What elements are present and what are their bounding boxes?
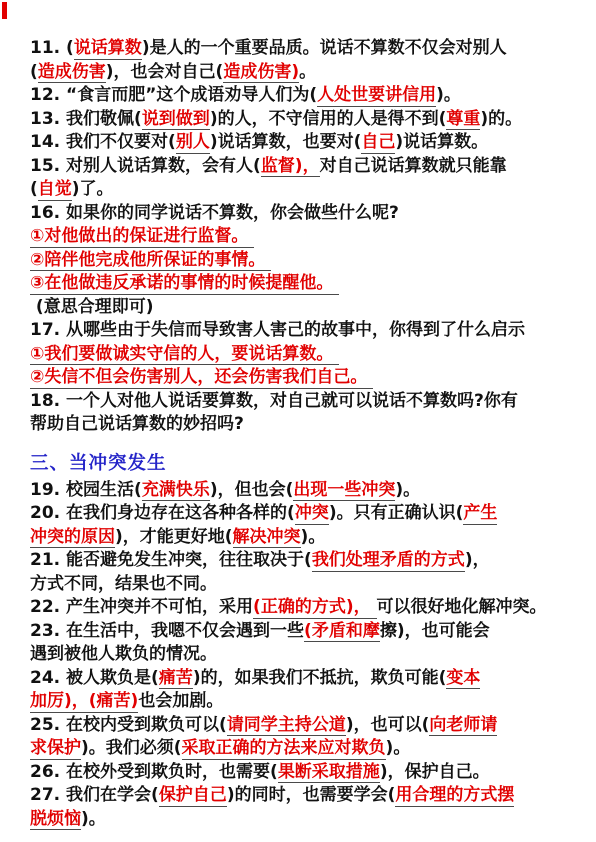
text-line: ②失信不但会伤害别人，还会伤害我们自己。 [30, 366, 578, 390]
answer-text: 造成伤害 [38, 62, 106, 84]
text-line: 加厉)，(痛苦)也会加剧。 [30, 690, 578, 714]
text-line: ①我们要做诚实守信的人，要说话算数。 [30, 343, 578, 367]
answer-text: 痛苦 [159, 668, 193, 690]
answer-text: 变本 [446, 668, 480, 690]
answer-text: 别人 [176, 132, 210, 154]
text-line: 22. 产生冲突并不可怕，采用(正确的方式)， 可以很好地化解冲突。 [30, 596, 578, 620]
text-line: 25. 在校内受到欺负可以(请同学主持公道)，也可以(向老师请 [30, 714, 578, 738]
body-text: 23. 在生活中，我嗯不仅会遇到一些 [30, 621, 304, 641]
body-text: 14. 我们不仅要对( [30, 132, 176, 152]
body-text: )，保护自己。 [380, 762, 490, 782]
text-line: 24. 被人欺负是(痛苦)的，如果我们不抵抗，欺负可能(变本 [30, 667, 578, 691]
text-line: 23. 在生活中，我嗯不仅会遇到一些(矛盾和摩擦)，也可能会 [30, 620, 578, 644]
body-text: )了。 [72, 179, 114, 199]
answer-text: 果断采取措施 [278, 762, 380, 784]
answer-text: (矛盾和摩 [304, 621, 380, 643]
body-text: 22. 产生冲突并不可怕，采用 [30, 597, 253, 617]
text-line: 脱烦恼)。 [30, 808, 578, 832]
text-line: 遇到被他人欺负的情况。 [30, 643, 578, 667]
body-text: 15. 对别人说话算数，会有人( [30, 156, 261, 176]
answer-text: 解决冲突 [233, 527, 301, 549]
text-line: 15. 对别人说话算数，会有人(监督)，对自己说话算数就只能靠 [30, 155, 578, 179]
text-line: (造成伤害)，也会对自己(造成伤害)。 [30, 61, 578, 85]
body-text: 16. 如果你的同学说话不算数，你会做些什么呢? [30, 203, 399, 223]
document-page: 11. (说话算数)是人的一个重要品质。说话不算数不仅会对别人(造成伤害)，也会… [0, 0, 596, 842]
body-text: )的。 [480, 109, 522, 129]
body-text: 26. 在校外受到欺负时，也需要( [30, 762, 278, 782]
body-text: 27. 我们在学会( [30, 785, 159, 805]
body-text: )。只有正确认识( [329, 503, 464, 523]
body-text: )说话算数，也要对( [210, 132, 362, 152]
text-line: 14. 我们不仅要对(别人)说话算数，也要对(自己)说话算数。 [30, 131, 578, 155]
answer-text: (正确的方式)， [253, 597, 376, 619]
section-heading: 三、当冲突发生 [30, 451, 578, 477]
body-text: )，才能更好地( [115, 527, 233, 547]
body-text: )。 [386, 738, 411, 758]
answer-text: 请同学主持公道 [227, 715, 346, 737]
answer-text: 自觉 [38, 179, 72, 201]
answer-text: 说到做到 [142, 109, 210, 131]
text-line: 21. 能否避免发生冲突，往往取决于(我们处理矛盾的方式)， [30, 549, 578, 573]
body-text: 遇到被他人欺负的情况。 [30, 644, 217, 664]
body-text: 也会加剧。 [138, 691, 223, 711]
body-text: 25. 在校内受到欺负可以( [30, 715, 227, 735]
text-line: 27. 我们在学会(保护自己)的同时，也需要学会(用合理的方式摆 [30, 784, 578, 808]
text-line: (意思合理即可) [30, 296, 578, 320]
body-text: )，但也会( [210, 480, 294, 500]
body-text: 对自己说话算数就只能靠 [320, 156, 507, 176]
text-line: 求保护)。我们必须(采取正确的方法来应对欺负)。 [30, 737, 578, 761]
body-text: ( [30, 62, 38, 82]
answer-text: 冲突 [295, 503, 329, 525]
answer-text: (痛苦) [89, 691, 139, 713]
body-text: )。 [436, 85, 461, 105]
answer-text: ②失信不但会伤害别人，还会伤害我们自己。 [30, 367, 373, 389]
body-text: 21. 能否避免发生冲突，往往取决于( [30, 550, 312, 570]
body-text: 。 [299, 62, 316, 82]
answer-text: 加厉)， [30, 691, 89, 713]
answer-text: 造成伤害) [223, 62, 299, 84]
text-line: 帮助自己说话算数的妙招吗? [30, 413, 578, 437]
answer-text: 我们处理矛盾的方式 [312, 550, 465, 572]
answer-text: 用合理的方式摆 [395, 785, 514, 807]
body-text: )。我们必须( [81, 738, 182, 758]
body-text: 24. 被人欺负是( [30, 668, 159, 688]
text-line: ③在他做违反承诺的事情的时候提醒他。 [30, 272, 578, 296]
text-line: 方式不同，结果也不同。 [30, 573, 578, 597]
text-line: ①对他做出的保证进行监督。 [30, 225, 578, 249]
body-text: )的，如果我们不抵抗，欺负可能( [193, 668, 447, 688]
body-text: )的人，不守信用的人是得不到( [210, 109, 447, 129]
text-line: (自觉)了。 [30, 178, 578, 202]
text-line: 冲突的原因)，才能更好地(解决冲突)。 [30, 526, 578, 550]
answer-text: 自己 [361, 132, 395, 154]
answer-text: 监督)， [261, 156, 320, 178]
answer-text: 产生 [463, 503, 497, 525]
text-line: 20. 在我们身边存在这各种各样的(冲突)。只有正确认识(产生 [30, 502, 578, 526]
body-text: 帮助自己说话算数的妙招吗? [30, 414, 244, 434]
answer-text: 求保护 [30, 738, 81, 760]
body-text: )，也会对自己( [106, 62, 224, 82]
body-text: 13. 我们敬佩( [30, 109, 142, 129]
body-text: )， [465, 550, 490, 570]
body-text: (意思合理即可) [30, 297, 153, 317]
body-text: 17. 从哪些由于失信而导致害人害己的故事中，你得到了什么启示 [30, 320, 525, 340]
text-line: 26. 在校外受到欺负时，也需要(果断采取措施)，保护自己。 [30, 761, 578, 785]
body-text: )是人的一个重要品质。说话不算数不仅会对别人 [142, 38, 507, 58]
text-line: 12. “食言而肥”这个成语劝导人们为(人处世要讲信用)。 [30, 84, 578, 108]
body-text: )。 [81, 809, 106, 829]
body-text: 18. 一个人对他人说话要算数，对自己就可以说话不算数吗?你有 [30, 391, 518, 411]
text-line: 19. 校园生活(充满快乐)，但也会(出现一些冲突)。 [30, 479, 578, 503]
body-text: 19. 校园生活( [30, 480, 142, 500]
body-text: 方式不同，结果也不同。 [30, 574, 217, 594]
body-text: )。 [395, 480, 420, 500]
body-text: )的同时，也需要学会( [227, 785, 396, 805]
text-line: 18. 一个人对他人说话要算数，对自己就可以说话不算数吗?你有 [30, 390, 578, 414]
body-text: 12. “食言而肥”这个成语劝导人们为( [30, 85, 317, 105]
document-content: 11. (说话算数)是人的一个重要品质。说话不算数不仅会对别人(造成伤害)，也会… [0, 0, 596, 831]
body-text: ( [30, 179, 38, 199]
answer-text: 尊重 [446, 109, 480, 131]
body-text: )，也可以( [346, 715, 430, 735]
answer-text: 冲突的原因 [30, 527, 115, 549]
answer-text: ③在他做违反承诺的事情的时候提醒他。 [30, 273, 339, 295]
answer-text: 人处世要讲信用 [317, 85, 436, 107]
body-text: 20. 在我们身边存在这各种各样的( [30, 503, 295, 523]
text-line: 16. 如果你的同学说话不算数，你会做些什么呢? [30, 202, 578, 226]
answer-text: 采取正确的方法来应对欺负 [182, 738, 386, 760]
answer-text: ②陪伴他完成他所保证的事情。 [30, 250, 271, 272]
answer-text: 脱烦恼 [30, 809, 81, 831]
answer-text: ①我们要做诚实守信的人，要说话算数。 [30, 344, 339, 366]
answer-text: 说话算数 [74, 38, 142, 60]
body-text: )。 [301, 527, 326, 547]
answer-text: ①对他做出的保证进行监督。 [30, 226, 254, 248]
answer-text: 充满快乐 [142, 480, 210, 502]
text-line: ②陪伴他完成他所保证的事情。 [30, 249, 578, 273]
text-line: 17. 从哪些由于失信而导致害人害己的故事中，你得到了什么启示 [30, 319, 578, 343]
body-text: 擦)，也可能会 [380, 621, 490, 641]
text-line: 11. (说话算数)是人的一个重要品质。说话不算数不仅会对别人 [30, 37, 578, 61]
answer-text: 出现一些冲突 [293, 480, 395, 502]
heading-text: 三、当冲突发生 [30, 453, 167, 474]
text-line: 13. 我们敬佩(说到做到)的人，不守信用的人是得不到(尊重)的。 [30, 108, 578, 132]
body-text: 可以很好地化解冲突。 [377, 597, 547, 617]
answer-text: 向老师请 [429, 715, 497, 737]
body-text: 11. ( [30, 38, 74, 58]
answer-text: 保护自己 [159, 785, 227, 807]
body-text: )说话算数。 [395, 132, 488, 152]
